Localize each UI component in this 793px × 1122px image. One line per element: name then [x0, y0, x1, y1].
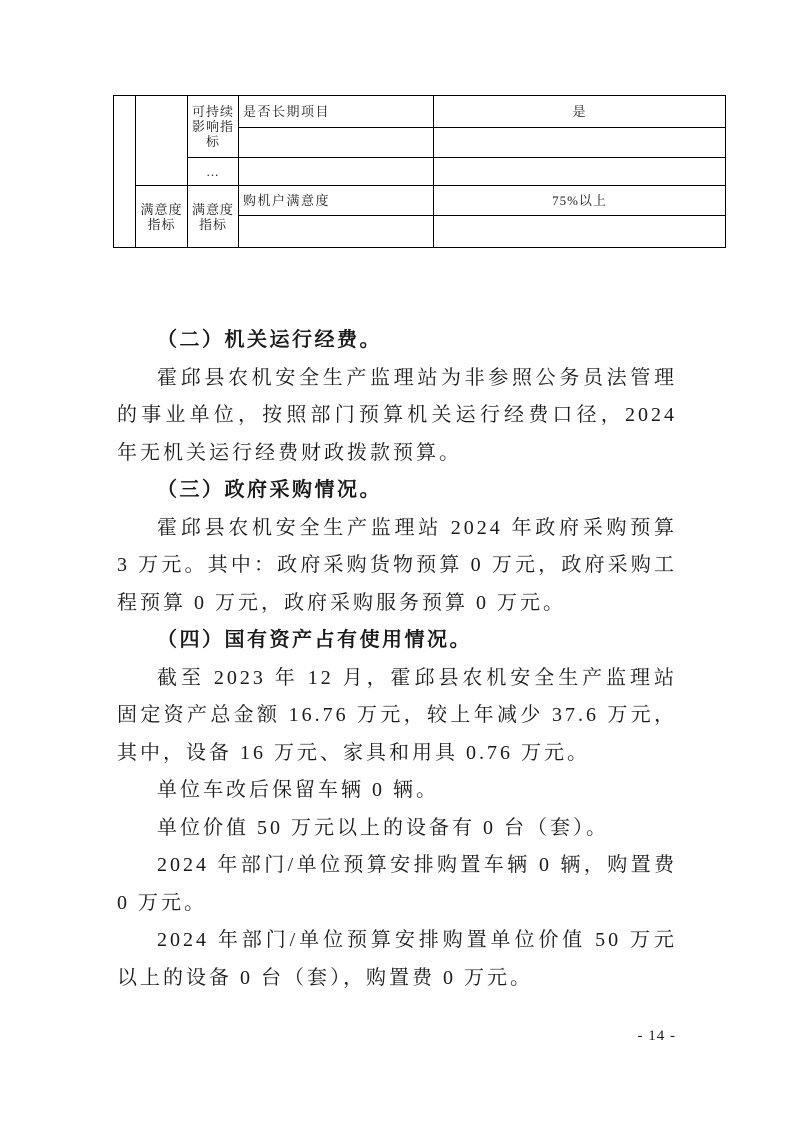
paragraph: 霍邱县农机安全生产监理站 2024 年政府采购预算 3 万元。其中：政府采购货物…: [117, 510, 677, 623]
performance-indicator-table: 可持续影响指标 是否长期项目 是 ... 满意度指标 满意度指标 购机户满意度 …: [113, 95, 726, 248]
page-number: - 14 -: [638, 1028, 677, 1045]
indicator-name-cell: [239, 128, 434, 158]
indicator-value-cell: [434, 216, 726, 248]
document-body: （二）机关运行经费。 霍邱县农机安全生产监理站为非参照公务员法管理的事业单位，按…: [117, 322, 677, 997]
section-heading-agency-operating-funds: （二）机关运行经费。: [117, 322, 677, 360]
table-row: ...: [114, 158, 726, 186]
indicator-value-cell: [434, 128, 726, 158]
ellipsis-group-label-cell: ...: [188, 158, 239, 186]
paragraph: 单位价值 50 万元以上的设备有 0 台（套）。: [117, 810, 677, 848]
indicator-value-cell: 是: [434, 96, 726, 128]
section-heading-state-assets: （四）国有资产占有使用情况。: [117, 622, 677, 660]
table-row: 满意度指标 满意度指标 购机户满意度 75%以上: [114, 186, 726, 216]
table-empty-group-cell: [136, 96, 188, 186]
table-side-spacer-cell: [114, 96, 136, 248]
document-page: 可持续影响指标 是否长期项目 是 ... 满意度指标 满意度指标 购机户满意度 …: [0, 0, 793, 1122]
satisfaction-group-label-cell-outer: 满意度指标: [136, 186, 188, 248]
paragraph: 霍邱县农机安全生产监理站为非参照公务员法管理的事业单位，按照部门预算机关运行经费…: [117, 360, 677, 473]
indicator-value-cell: 75%以上: [434, 186, 726, 216]
indicator-value-cell: [434, 158, 726, 186]
table-row: 可持续影响指标 是否长期项目 是: [114, 96, 726, 128]
indicator-name-cell: [239, 158, 434, 186]
paragraph: 截至 2023 年 12 月，霍邱县农机安全生产监理站固定资产总金额 16.76…: [117, 660, 677, 773]
indicator-name-cell: 购机户满意度: [239, 186, 434, 216]
section-heading-government-procurement: （三）政府采购情况。: [117, 472, 677, 510]
satisfaction-group-label-cell-inner: 满意度指标: [188, 186, 239, 248]
paragraph: 2024 年部门/单位预算安排购置单位价值 50 万元以上的设备 0 台（套），…: [117, 922, 677, 997]
indicator-name-cell: 是否长期项目: [239, 96, 434, 128]
paragraph: 2024 年部门/单位预算安排购置车辆 0 辆，购置费 0 万元。: [117, 847, 677, 922]
sustainability-group-label-cell: 可持续影响指标: [188, 96, 239, 158]
indicator-name-cell: [239, 216, 434, 248]
paragraph: 单位车改后保留车辆 0 辆。: [117, 772, 677, 810]
